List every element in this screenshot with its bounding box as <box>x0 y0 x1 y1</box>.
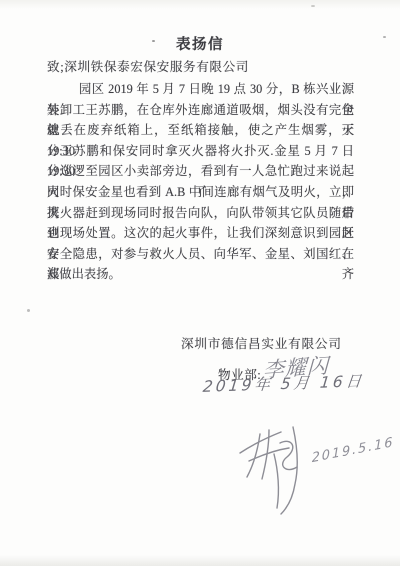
approval-date-handwritten: 2019.5.16 <box>312 435 395 466</box>
body-line: 同时保安金星也看到 A.B 中间连廊有烟气及明火，立即携带 <box>47 182 354 203</box>
letter-body: 园区 2019 年 5 月 7 日晚 19 点 30 分，B 栋兴业源外包 装卸… <box>47 79 354 285</box>
body-line: 园区 2019 年 5 月 7 日晚 19 点 30 分，B 栋兴业源外包 <box>47 79 354 100</box>
body-line: 装卸工王苏鹏，在仓库外连廊通道吸烟，烟头没有完全熄灭 <box>47 100 354 121</box>
handwritten-date: 2019年 5月 16日 <box>202 369 366 397</box>
body-line: 到现场处置。这次的起火事件，让我们深刻意识到园区存在 <box>47 223 354 244</box>
body-line: 就丢在废弃纸箱上，至纸箱接触，使之产生烟雾，于 19:30 <box>47 120 354 141</box>
scan-speck <box>311 5 315 7</box>
scan-speck <box>27 309 30 312</box>
body-line: 安全隐患，对参与救火人员、向华军、金星、刘国红、郑齐 <box>47 244 354 265</box>
scanned-commendation-letter: 表扬信 致;深圳铁保泰宏保安服务有限公司 园区 2019 年 5 月 7 日晚 … <box>0 0 400 566</box>
salutation-line: 致;深圳铁保泰宏保安服务有限公司 <box>47 56 249 75</box>
approval-ink-signature-icon <box>236 420 320 516</box>
body-line: 分王苏鹏和保安同时拿灭火器将火扑灭.金星 5 月 7 日 19:30 <box>47 141 354 162</box>
body-line: 灭火器赶到现场同时报告向队，向队带领其它队员随后也赶 <box>47 203 354 224</box>
letter-title: 表扬信 <box>0 33 400 54</box>
scan-edge-bottom <box>0 555 400 566</box>
body-line: 分巡逻至园区小卖部旁边，看到有一人急忙跑过来说起火了， <box>47 161 354 182</box>
scan-edge-top <box>0 0 400 9</box>
company-name: 深圳市德信昌实业有限公司 <box>181 333 342 352</box>
